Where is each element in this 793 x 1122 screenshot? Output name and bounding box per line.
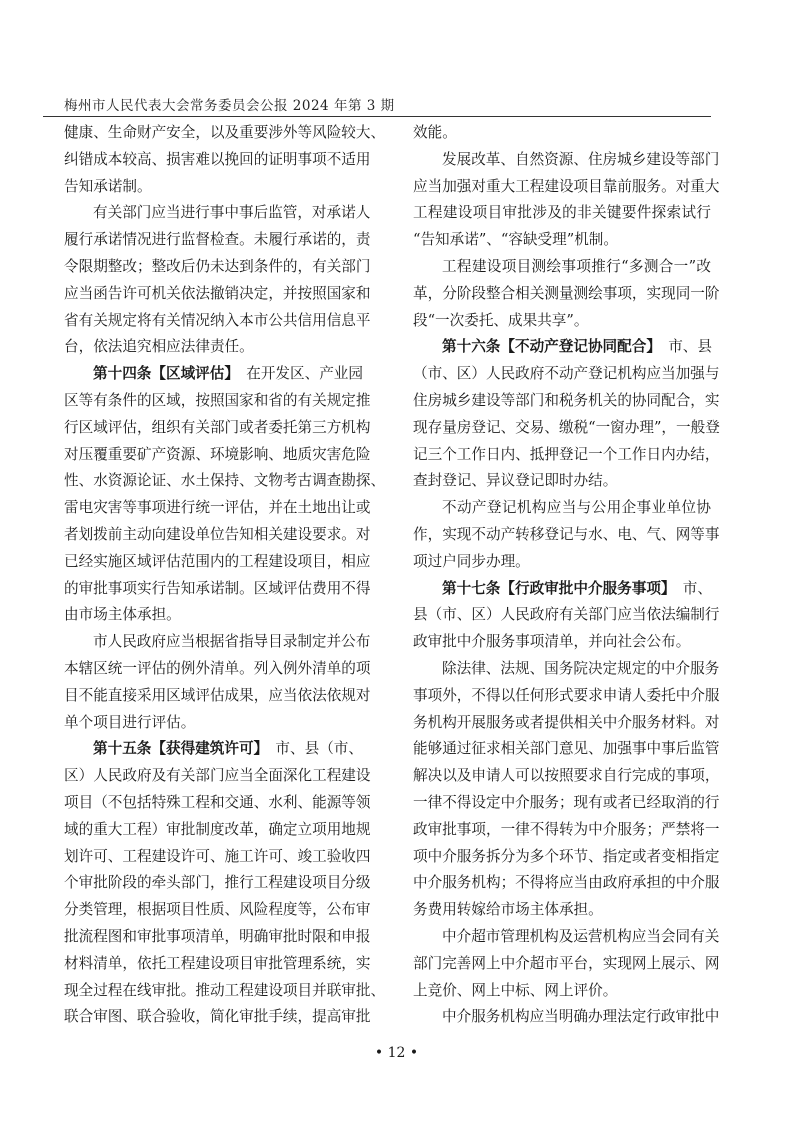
line-text: 对压覆重要矿产资源、环境影响、地质灾害危险 (64, 446, 370, 463)
text-line: 材料清单，依托工程建设项目审批管理系统，实 (64, 951, 362, 978)
line-text: 由市场主体承担。 (64, 606, 181, 623)
text-line: 工程建设项目测绘事项推行“多测合一”改 (413, 254, 711, 281)
line-text: 除法律、法规、国务院决定规定的中介服务 (442, 660, 719, 677)
line-text: 能够通过征求相关部门意见、加强事中事后监管 (413, 740, 719, 757)
line-text: 划许可、工程建设许可、施工许可、竣工验收四 (64, 848, 370, 865)
line-text: 单个项目进行评估。 (64, 714, 195, 731)
text-line: 一律不得设定中介服务；现有或者已经取消的行 (413, 790, 711, 817)
text-line: 项中介服务拆分为多个环节、指定或者变相指定 (413, 844, 711, 871)
text-line: 项过户同步办理。 (413, 549, 711, 576)
line-text: 部门完善网上中介超市平台，实现网上展示、网 (413, 955, 719, 972)
line-text: 健康、生命财产安全，以及重要涉外等风险较大、 (64, 124, 385, 141)
left-column: 健康、生命财产安全，以及重要涉外等风险较大、纠错成本较高、损害难以挽回的证明事项… (64, 120, 362, 1031)
text-line: 个审批阶段的牵头部门，推行工程建设项目分级 (64, 870, 362, 897)
text-line: 令限期整改；整改后仍未达到条件的，有关部门 (64, 254, 362, 281)
text-line: 中介服务机构应当明确办理法定行政审批中 (413, 1004, 711, 1031)
text-line: 第十五条【获得建筑许可】 市、县（市、 (64, 736, 362, 763)
line-text: 告知承诺制。 (64, 178, 152, 195)
text-line: 革，分阶段整合相关测量测绘事项，实现同一阶 (413, 281, 711, 308)
line-text: 性、水资源论证、水土保持、文物考古调查勘探、 (64, 472, 385, 489)
text-line: 市人民政府应当根据省指导目录制定并公布 (64, 629, 362, 656)
article-heading: 第十七条【行政审批中介服务事项】 (442, 580, 668, 597)
text-line: 发展改革、自然资源、住房城乡建设等部门 (413, 147, 711, 174)
line-text: 市、县（市、 (261, 740, 363, 757)
line-text: 政审批中介服务事项清单，并向社会公布。 (413, 633, 690, 650)
line-text: 域的重大工程）审批制度改革，确定立项用地规 (64, 821, 370, 838)
line-text: 务机构开展服务或者提供相关中介服务材料。对 (413, 714, 719, 731)
line-text: 区等有条件的区域，按照国家和省的有关规定推 (64, 392, 370, 409)
article-heading: 第十五条【获得建筑许可】 (93, 740, 261, 757)
text-line: 区）人民政府及有关部门应当全面深化工程建设 (64, 763, 362, 790)
line-text: 工程建设项目审批涉及的非关键要件探索试行 (413, 204, 711, 221)
text-line: 目不能直接采用区域评估成果，应当依法依规对 (64, 683, 362, 710)
line-text: 令限期整改；整改后仍未达到条件的，有关部门 (64, 258, 370, 275)
line-text: 批流程图和审批事项清单，明确审批时限和申报 (64, 928, 370, 945)
line-text: 事项外，不得以任何形式要求申请人委托中介服 (413, 687, 719, 704)
text-line: 应当加强对重大工程建设项目靠前服务。对重大 (413, 174, 711, 201)
line-text: 区）人民政府及有关部门应当全面深化工程建设 (64, 767, 370, 784)
text-line: 部门完善网上中介超市平台，实现网上展示、网 (413, 951, 711, 978)
line-text: 已经实施区域评估范围内的工程建设项目，相应 (64, 553, 370, 570)
text-line: 查封登记、异议登记即时办结。 (413, 468, 711, 495)
line-text: 中介服务机构应当明确办理法定行政审批中 (442, 1008, 719, 1025)
text-line: 第十四条【区域评估】 在开发区、产业园 (64, 361, 362, 388)
text-line: 现全过程在线审批。推动工程建设项目并联审批、 (64, 978, 362, 1005)
right-column: 效能。发展改革、自然资源、住房城乡建设等部门应当加强对重大工程建设项目靠前服务。… (413, 120, 711, 1031)
line-text: 应当加强对重大工程建设项目靠前服务。对重大 (413, 178, 719, 195)
text-line: 的审批事项实行告知承诺制。区域评估费用不得 (64, 576, 362, 603)
text-line: 中介超市管理机构及运营机构应当会同有关 (413, 924, 711, 951)
text-line: 告知承诺制。 (64, 174, 362, 201)
line-text: 分类管理，根据项目性质、风险程度等，公布审 (64, 901, 370, 918)
line-text: 段“一次委托、成果共享”。 (413, 312, 588, 329)
line-text: 的审批事项实行告知承诺制。区域评估费用不得 (64, 580, 370, 597)
text-line: 分类管理，根据项目性质、风险程度等，公布审 (64, 897, 362, 924)
line-text: 发展改革、自然资源、住房城乡建设等部门 (442, 151, 719, 168)
text-line: 记三个工作日内、抵押登记一个工作日内办结， (413, 442, 711, 469)
line-text: 履行承诺情况进行监督检查。未履行承诺的，责 (64, 231, 370, 248)
line-text: “告知承诺”、“容缺受理”机制。 (413, 231, 618, 248)
line-text: 项过户同步办理。 (413, 553, 530, 570)
line-text: 记三个工作日内、抵押登记一个工作日内办结， (413, 446, 719, 463)
text-line: 第十六条【不动产登记协同配合】 市、县 (413, 334, 711, 361)
text-line: 者划拨前主动向建设单位告知相关建设要求。对 (64, 522, 362, 549)
text-line: “告知承诺”、“容缺受理”机制。 (413, 227, 711, 254)
text-line: 上竞价、网上中标、网上评价。 (413, 978, 711, 1005)
line-text: 市、 (668, 580, 712, 597)
text-line: 履行承诺情况进行监督检查。未履行承诺的，责 (64, 227, 362, 254)
line-text: （市、区）人民政府不动产登记机构应当加强与 (413, 365, 719, 382)
text-line: 作，实现不动产转移登记与水、电、气、网等事 (413, 522, 711, 549)
line-text: 者划拨前主动向建设单位告知相关建设要求。对 (64, 526, 370, 543)
publication-header: 梅州市人民代表大会常务委员会公报 2024 年第 3 期 (64, 94, 395, 114)
line-text: 中介服务机构；不得将应当由政府承担的中介服 (413, 874, 719, 891)
line-text: 雷电灾害等事项进行统一评估，并在土地出让或 (64, 499, 370, 516)
line-text: 有关部门应当进行事中事后监管，对承诺人 (93, 204, 370, 221)
line-text: 在开发区、产业园 (232, 365, 363, 382)
text-line: 解决以及申请人可以按照要求自行完成的事项， (413, 763, 711, 790)
article-heading: 第十四条【区域评估】 (93, 365, 232, 382)
line-text: 目不能直接采用区域评估成果，应当依法依规对 (64, 687, 370, 704)
line-text: 革，分阶段整合相关测量测绘事项，实现同一阶 (413, 285, 719, 302)
page-number: • 12 • (0, 1045, 793, 1061)
text-line: 本辖区统一评估的例外清单。列入例外清单的项 (64, 656, 362, 683)
text-line: 能够通过征求相关部门意见、加强事中事后监管 (413, 736, 711, 763)
text-line: 事项外，不得以任何形式要求申请人委托中介服 (413, 683, 711, 710)
text-line: 单个项目进行评估。 (64, 710, 362, 737)
text-line: 有关部门应当进行事中事后监管，对承诺人 (64, 200, 362, 227)
text-line: 纠错成本较高、损害难以挽回的证明事项不适用 (64, 147, 362, 174)
line-text: 一律不得设定中介服务；现有或者已经取消的行 (413, 794, 719, 811)
text-line: 政审批中介服务事项清单，并向社会公布。 (413, 629, 711, 656)
text-line: 效能。 (413, 120, 711, 147)
text-line: 域的重大工程）审批制度改革，确定立项用地规 (64, 817, 362, 844)
line-text: 务费用转嫁给市场主体承担。 (413, 901, 603, 918)
line-text: 上竞价、网上中标、网上评价。 (413, 982, 617, 999)
line-text: 项中介服务拆分为多个环节、指定或者变相指定 (413, 848, 719, 865)
text-line: 务费用转嫁给市场主体承担。 (413, 897, 711, 924)
text-line: 项目（不包括特殊工程和交通、水利、能源等领 (64, 790, 362, 817)
line-text: 效能。 (413, 124, 457, 141)
line-text: 工程建设项目测绘事项推行“多测合一”改 (442, 258, 711, 275)
text-line: 已经实施区域评估范围内的工程建设项目，相应 (64, 549, 362, 576)
text-line: （市、区）人民政府不动产登记机构应当加强与 (413, 361, 711, 388)
text-line: 雷电灾害等事项进行统一评估，并在土地出让或 (64, 495, 362, 522)
text-line: 行区域评估，组织有关部门或者委托第三方机构 (64, 415, 362, 442)
text-line: 批流程图和审批事项清单，明确审批时限和申报 (64, 924, 362, 951)
line-text: 市、县 (654, 338, 712, 355)
line-text: 项目（不包括特殊工程和交通、水利、能源等领 (64, 794, 370, 811)
text-line: 由市场主体承担。 (64, 602, 362, 629)
line-text: 纠错成本较高、损害难以挽回的证明事项不适用 (64, 151, 370, 168)
text-line: 县（市、区）人民政府有关部门应当依法编制行 (413, 602, 711, 629)
text-line: 住房城乡建设等部门和税务机关的协同配合，实 (413, 388, 711, 415)
line-text: 本辖区统一评估的例外清单。列入例外清单的项 (64, 660, 370, 677)
text-line: 台，依法追究相应法律责任。 (64, 334, 362, 361)
text-line: 联合审图、联合验收，简化审批手续，提高审批 (64, 1004, 362, 1031)
line-text: 应当函告许可机关依法撤销决定，并按照国家和 (64, 285, 370, 302)
line-text: 台，依法追究相应法律责任。 (64, 338, 254, 355)
line-text: 解决以及申请人可以按照要求自行完成的事项， (413, 767, 719, 784)
line-text: 行区域评估，组织有关部门或者委托第三方机构 (64, 419, 370, 436)
line-text: 市人民政府应当根据省指导目录制定并公布 (93, 633, 370, 650)
text-line: 现存量房登记、交易、缴税“一窗办理”，一般登 (413, 415, 711, 442)
line-text: 政审批事项，一律不得转为中介服务；严禁将一 (413, 821, 719, 838)
text-line: 应当函告许可机关依法撤销决定，并按照国家和 (64, 281, 362, 308)
line-text: 个审批阶段的牵头部门，推行工程建设项目分级 (64, 874, 370, 891)
text-line: 中介服务机构；不得将应当由政府承担的中介服 (413, 870, 711, 897)
text-line: 划许可、工程建设许可、施工许可、竣工验收四 (64, 844, 362, 871)
header-rule (43, 116, 711, 117)
line-text: 不动产登记机构应当与公用企事业单位协 (442, 499, 711, 516)
text-line: 省有关规定将有关情况纳入本市公共信用信息平 (64, 308, 362, 335)
text-line: 健康、生命财产安全，以及重要涉外等风险较大、 (64, 120, 362, 147)
line-text: 县（市、区）人民政府有关部门应当依法编制行 (413, 606, 719, 623)
text-line: 务机构开展服务或者提供相关中介服务材料。对 (413, 710, 711, 737)
text-line: 工程建设项目审批涉及的非关键要件探索试行 (413, 200, 711, 227)
line-text: 省有关规定将有关情况纳入本市公共信用信息平 (64, 312, 370, 329)
text-line: 性、水资源论证、水土保持、文物考古调查勘探、 (64, 468, 362, 495)
text-line: 除法律、法规、国务院决定规定的中介服务 (413, 656, 711, 683)
line-text: 中介超市管理机构及运营机构应当会同有关 (442, 928, 719, 945)
line-text: 查封登记、异议登记即时办结。 (413, 472, 617, 489)
line-text: 住房城乡建设等部门和税务机关的协同配合，实 (413, 392, 719, 409)
text-line: 不动产登记机构应当与公用企事业单位协 (413, 495, 711, 522)
line-text: 材料清单，依托工程建设项目审批管理系统，实 (64, 955, 370, 972)
line-text: 现全过程在线审批。推动工程建设项目并联审批、 (64, 982, 385, 999)
text-line: 政审批事项，一律不得转为中介服务；严禁将一 (413, 817, 711, 844)
line-text: 现存量房登记、交易、缴税“一窗办理”，一般登 (413, 419, 720, 436)
article-heading: 第十六条【不动产登记协同配合】 (442, 338, 654, 355)
text-line: 第十七条【行政审批中介服务事项】 市、 (413, 576, 711, 603)
text-line: 段“一次委托、成果共享”。 (413, 308, 711, 335)
text-line: 对压覆重要矿产资源、环境影响、地质灾害危险 (64, 442, 362, 469)
text-line: 区等有条件的区域，按照国家和省的有关规定推 (64, 388, 362, 415)
line-text: 联合审图、联合验收，简化审批手续，提高审批 (64, 1008, 370, 1025)
line-text: 作，实现不动产转移登记与水、电、气、网等事 (413, 526, 719, 543)
